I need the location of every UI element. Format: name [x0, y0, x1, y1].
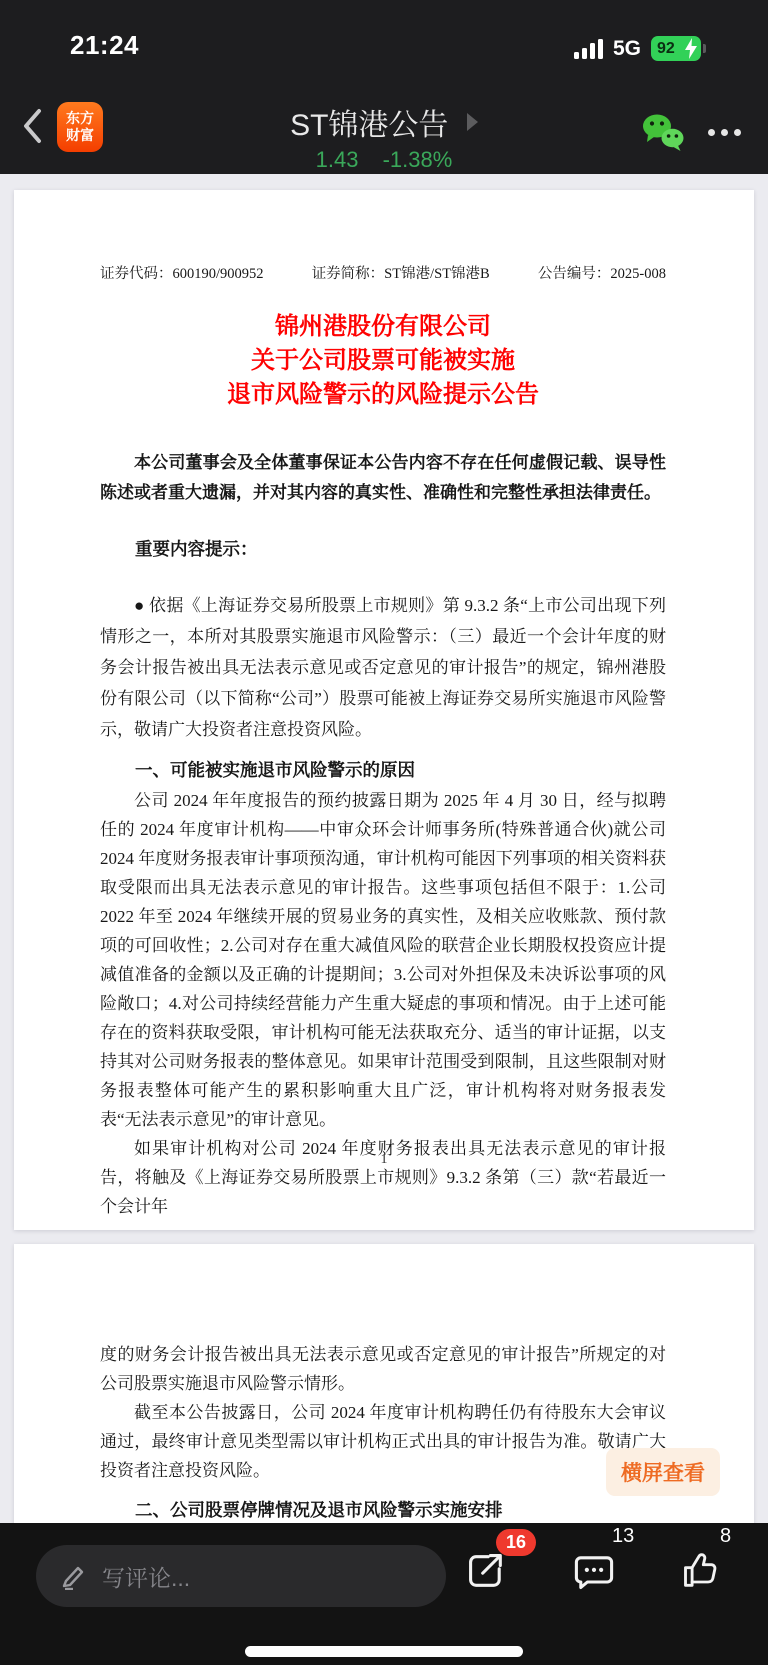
battery-icon: 92 [651, 36, 701, 61]
share-count-badge: 16 [496, 1529, 536, 1556]
securities-header-row: 证券代码：600190/900952 证券简称：ST锦港/ST锦港B 公告编号：… [100, 262, 666, 283]
announcement-title-line2: 关于公司股票可能被实施 [100, 344, 666, 378]
top-header: 21:24 5G 92 东方 财富 ST锦港公告 1.43 -1.38% [0, 0, 768, 174]
back-chevron-icon [22, 108, 42, 144]
page2-paragraph1: 度的财务会计报告被出具无法表示意见或否定意见的审计报告”所规定的对公司股票实施退… [100, 1340, 666, 1398]
board-declaration: 本公司董事会及全体董事保证本公告内容不存在任何虚假记载、误导性陈述或者重大遗漏，… [100, 448, 666, 508]
securities-name: 证券简称：ST锦港/ST锦港B [312, 262, 490, 283]
page-number: 1 [14, 1152, 754, 1168]
battery-percent: 92 [657, 40, 675, 58]
landscape-view-button[interactable]: 横屏查看 [606, 1448, 720, 1496]
comment-count: 13 [612, 1525, 634, 1548]
app-logo-line1: 东方 [57, 110, 103, 127]
announcement-page-1: 证券代码：600190/900952 证券简称：ST锦港/ST锦港B 公告编号：… [14, 190, 754, 1230]
thumbs-up-icon [680, 1549, 724, 1593]
wechat-share-button[interactable] [640, 112, 686, 152]
announcement-number: 公告编号：2025-008 [538, 262, 666, 283]
battery-indicator: 92 [651, 36, 706, 61]
more-options-button[interactable] [700, 118, 748, 146]
section1-heading: 一、可能被实施退市风险警示的原因 [100, 755, 666, 786]
comments-button[interactable]: 13 [548, 1523, 644, 1623]
notice-bullet: ● 依据《上海证券交易所股票上市规则》第 9.3.2 条“上市公司出现下列情形之… [100, 590, 666, 745]
like-button[interactable]: 8 [656, 1523, 752, 1623]
bottom-action-bar: 写评论... 16 13 8 [0, 1523, 768, 1665]
comment-placeholder: 写评论... [102, 1560, 190, 1593]
pencil-icon [60, 1562, 86, 1590]
home-indicator[interactable] [245, 1646, 523, 1657]
announcement-title: 锦州港股份有限公司 关于公司股票可能被实施 退市风险警示的风险提示公告 [100, 310, 666, 412]
securities-code: 证券代码：600190/900952 [100, 262, 264, 283]
comment-input[interactable]: 写评论... [36, 1545, 446, 1607]
document-scroll-area[interactable]: 证券代码：600190/900952 证券简称：ST锦港/ST锦港B 公告编号：… [0, 174, 768, 1523]
network-type-label: 5G [613, 37, 641, 61]
stock-price: 1.43 [316, 147, 359, 172]
comment-bubble-icon [572, 1549, 616, 1593]
announcement-title-line1: 锦州港股份有限公司 [100, 310, 666, 344]
share-icon [464, 1549, 508, 1593]
section2-heading: 二、公司股票停牌情况及退市风险警示实施安排 [100, 1495, 666, 1523]
title-caret-icon [467, 113, 478, 131]
app-logo[interactable]: 东方 财富 [57, 102, 103, 152]
important-notice-label: 重要内容提示： [100, 536, 666, 561]
app-logo-line2: 财富 [57, 127, 103, 144]
status-right-cluster: 5G 92 [574, 36, 706, 61]
share-button[interactable]: 16 [440, 1523, 536, 1623]
status-time: 21:24 [70, 30, 139, 61]
more-ellipsis-icon [708, 129, 715, 136]
like-count: 8 [720, 1525, 731, 1548]
nav-title-block[interactable]: ST锦港公告 1.43 -1.38% [154, 100, 614, 173]
announcement-title-line3: 退市风险警示的风险提示公告 [100, 378, 666, 412]
charging-bolt-icon [684, 38, 698, 59]
signal-strength-icon [574, 39, 603, 59]
stock-change: -1.38% [383, 147, 453, 172]
page-title: ST锦港公告 [290, 100, 448, 144]
stock-quote: 1.43 -1.38% [154, 147, 614, 173]
section1-paragraph2: 如果审计机构对公司 2024 年度财务报表出具无法表示意见的审计报告，将触及《上… [100, 1134, 666, 1221]
back-button[interactable] [22, 108, 42, 144]
page2-paragraph2: 截至本公告披露日，公司 2024 年度审计机构聘任仍有待股东大会审议通过，最终审… [100, 1398, 666, 1485]
section1-paragraph1: 公司 2024 年年度报告的预约披露日期为 2025 年 4 月 30 日，经与… [100, 786, 666, 1134]
wechat-icon [640, 112, 686, 152]
